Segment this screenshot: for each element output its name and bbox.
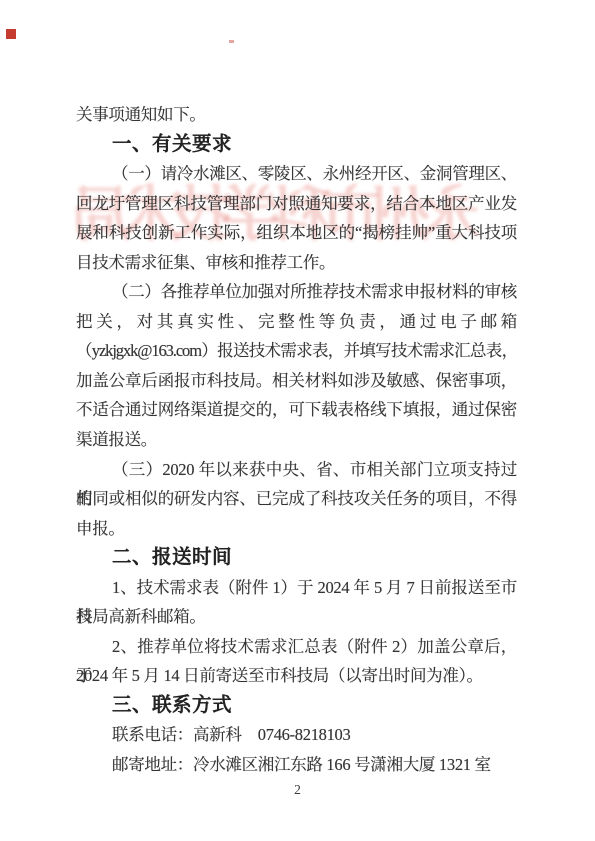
text-line: （二）各推荐单位加强对所推荐技术需求申报材料的审核	[76, 277, 517, 307]
section-heading-contact: 三、联系方式	[76, 691, 517, 721]
text-line: 加盖公章后函报市科技局。相关材料如涉及敏感、保密事项，	[76, 366, 517, 396]
text-line: （三）2020 年以来获中央、省、市相关部门立项支持过的	[76, 455, 517, 485]
text-line: 1、技术需求表（附件 1）于 2024 年 5 月 7 日前报送至市科	[76, 573, 517, 603]
scanned-document-page: 永州市科学技术局 关事项通知如下。 一、有关要求 （一）请冷水滩区、零陵区、永州…	[0, 0, 595, 841]
text-line: 关事项通知如下。	[76, 100, 517, 130]
text-line: 2024 年 5 月 14 日前寄送至市科技局（以寄出时间为准）。	[76, 661, 517, 691]
text-line: 展和科技创新工作实际，组织本地区的“揭榜挂帅”重大科技项	[76, 218, 517, 248]
text-line: （一）请冷水滩区、零陵区、永州经开区、金洞管理区、	[76, 159, 517, 189]
mailing-address-line: 邮寄地址：冷水滩区湘江东路 166 号潇湘大厦 1321 室	[76, 750, 517, 780]
red-scan-speck-top-left	[6, 29, 16, 39]
text-line: 目技术需求征集、审核和推荐工作。	[76, 248, 517, 278]
page-number: 2	[0, 782, 595, 798]
text-line: 申报。	[76, 514, 517, 544]
text-line: 把关，对其真实性、完整性等负责，通过电子邮箱	[76, 307, 517, 337]
text-line: 回龙圩管理区科技管理部门对照通知要求，结合本地区产业发	[76, 189, 517, 219]
text-line: 不适合通过网络渠道提交的，可下载表格线下填报，通过保密	[76, 395, 517, 425]
section-heading-deadline: 二、报送时间	[76, 543, 517, 573]
red-scan-speck-top-center	[229, 40, 234, 43]
section-heading-requirements: 一、有关要求	[76, 130, 517, 160]
text-line: 相同或相似的研发内容、已完成了科技攻关任务的项目，不得	[76, 484, 517, 514]
text-line: 渠道报送。	[76, 425, 517, 455]
contact-phone-line: 联系电话：高新科 0746-8218103	[76, 720, 517, 750]
document-body: 关事项通知如下。 一、有关要求 （一）请冷水滩区、零陵区、永州经开区、金洞管理区…	[76, 100, 517, 780]
text-line: 技局高新科邮箱。	[76, 602, 517, 632]
text-line-email: （yzkjgxk@163.com）报送技术需求表，并填写技术需求汇总表，	[76, 336, 517, 366]
text-line: 2、推荐单位将技术需求汇总表（附件 2）加盖公章后，于	[76, 632, 517, 662]
